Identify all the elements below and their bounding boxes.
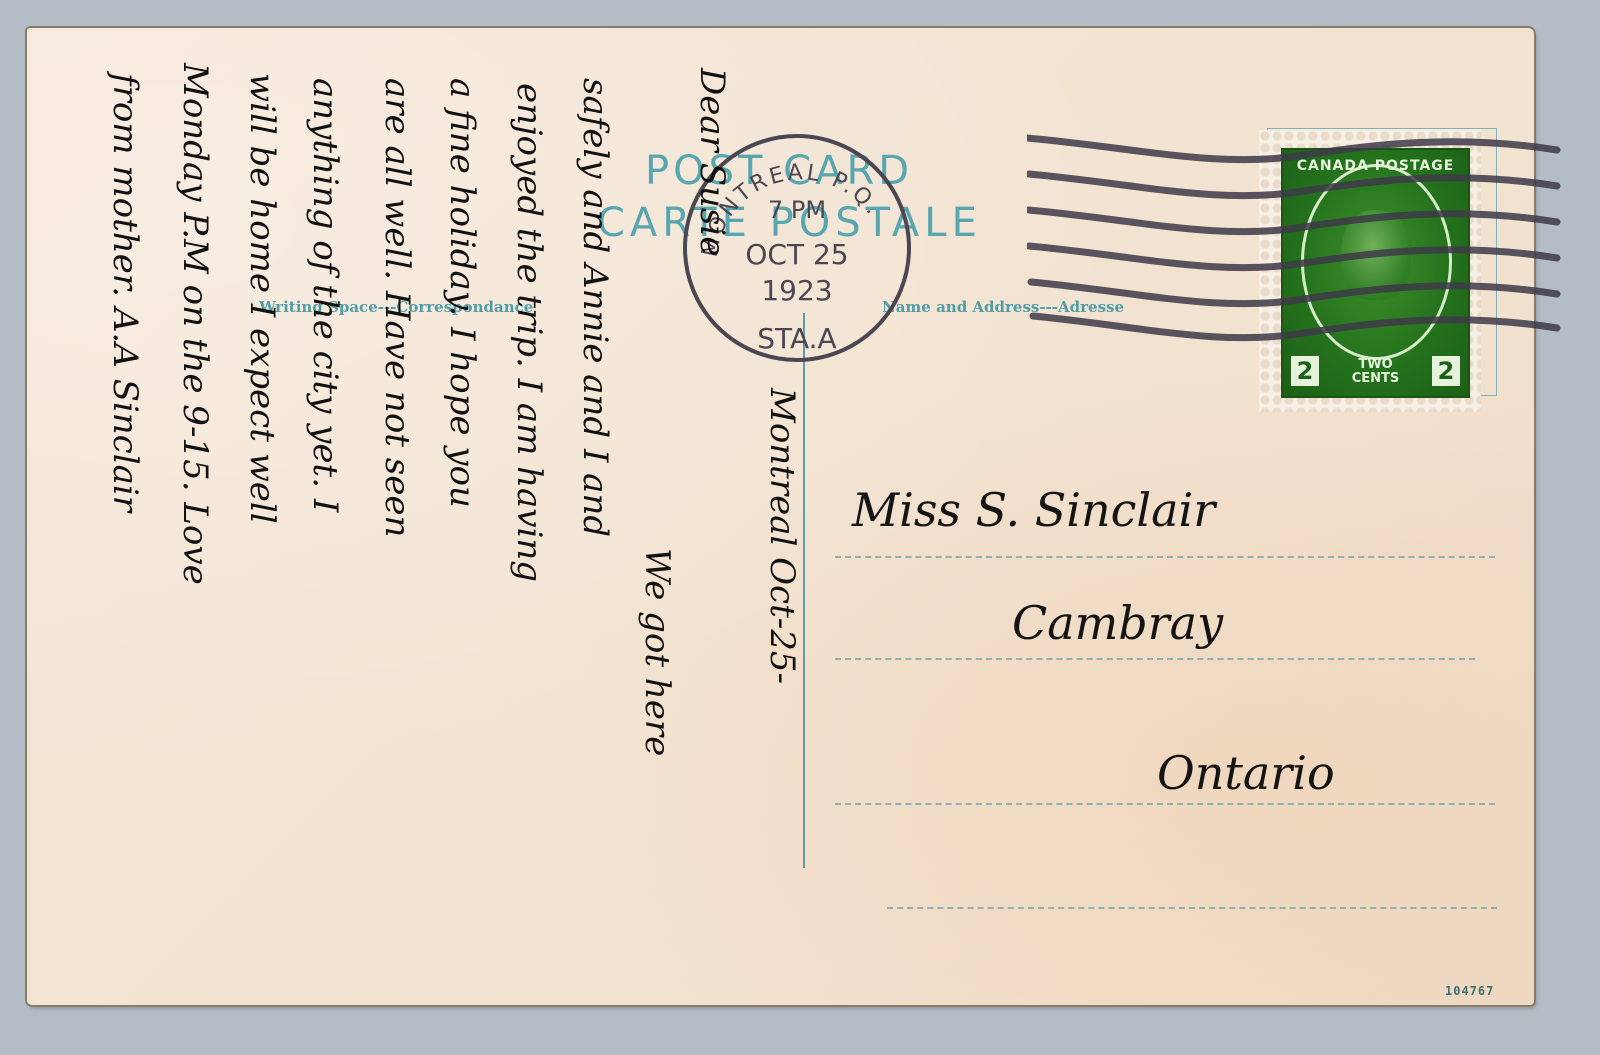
svg-text:STA.A: STA.A <box>757 322 836 355</box>
message-line: enjoyed the trip. I am having <box>509 83 549 582</box>
message-line: anything of the city yet. I <box>305 78 345 512</box>
stamp-value-right: 2 <box>1432 356 1460 386</box>
message-line: safely and Annie and I and <box>575 78 615 537</box>
message-line: Monday P.M on the 9-15. Love <box>175 63 215 585</box>
wavy-cancellation-lines-icon <box>1027 128 1567 358</box>
svg-text:1923: 1923 <box>761 274 832 307</box>
message-line: from mother. A.A Sinclair <box>105 73 145 512</box>
stamp-denomination: TWO CENTS <box>1323 358 1428 386</box>
message-line: We got here <box>637 548 677 756</box>
postcard: POST CARD CARTE POSTALE Writing Space---… <box>27 28 1534 1005</box>
address-town: Cambray <box>1012 596 1223 650</box>
message-line: a fine holiday. I hope you <box>442 78 482 508</box>
address-province: Ontario <box>1157 746 1335 800</box>
message-line: Montreal Oct-25- <box>762 388 802 684</box>
svg-text:7 PM: 7 PM <box>768 196 826 224</box>
address-line-4 <box>887 907 1497 909</box>
message-line: Dear Susie <box>692 68 732 256</box>
center-divider-line <box>803 313 805 868</box>
svg-text:OCT 25: OCT 25 <box>745 238 848 271</box>
message-line: will be home I expect well <box>242 73 282 524</box>
address-line-3 <box>835 803 1495 805</box>
stamp-value-left: 2 <box>1291 356 1319 386</box>
address-line-2 <box>835 658 1475 660</box>
address-line-1 <box>835 556 1495 558</box>
card-serial-number: 104767 <box>1445 984 1494 998</box>
address-recipient: Miss S. Sinclair <box>852 483 1215 537</box>
message-line: are all well. Have not seen <box>377 78 417 537</box>
